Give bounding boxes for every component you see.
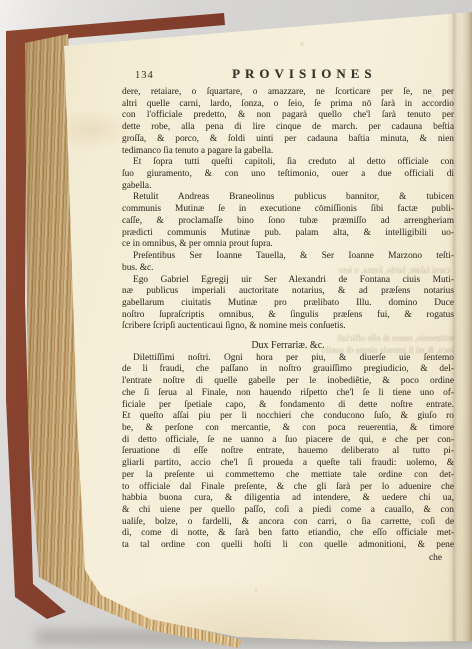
page-header: 134 PROVISIONES (122, 66, 455, 82)
text-line: tedimanco ſia tenuto a pagare la gabella… (122, 146, 454, 158)
text-line: bus. &c. (122, 263, 454, 275)
text-line: groſſa, & porco, & ſoldi uinti per cadau… (122, 134, 454, 146)
text-line: Dilettiſſimi noſtri. Ogni hora per piu, … (122, 353, 454, 365)
text-line: dette robe, alla pena di lire cinque de … (122, 122, 454, 134)
text-line: habbia buona cura, & diligentia ad inten… (122, 493, 454, 505)
text-line: ſcribere ſcripſi auctenticaui ſigno, & n… (122, 321, 454, 333)
text-line: Et queſto aſſai piu per li nocchieri che… (122, 411, 454, 423)
text-line: l'entrate noſtre di quelle gabelle per l… (122, 376, 454, 388)
text-line: gabella. (122, 181, 454, 193)
text-line: de li fraudi, che paſſano in noſtro grau… (122, 364, 454, 376)
text-line: to officiale dal Finale preſente, & che … (122, 482, 454, 494)
text-line: ſuo giuramento, & con uno teſtimonio, ou… (122, 169, 454, 181)
text-line: Retulit Andreas Braneolinus publicus ban… (122, 192, 454, 204)
text-line: altri quelle carni, lardo, ſonza, o ſeio… (122, 99, 454, 111)
text-line: noſtro ſupraſcriptis omnibus, & ſingulis… (122, 310, 454, 322)
text-block: dere, retaiare, o ſquartare, o amazzare,… (122, 87, 454, 565)
text-line: ta tal ordine con quelli hoſti li con qu… (122, 540, 454, 552)
text-line: ſeruatione di eſſe noſtre entrate, hauem… (122, 446, 454, 458)
text-line: caſſe, & proclamaſſe bino ſono tubæ præm… (122, 216, 454, 228)
text-line: che ſi ſerua al Finale, non hauendo riſp… (122, 388, 454, 400)
text-line: ficiale per ſpetiale capo, & fondamento … (122, 400, 454, 412)
running-title: PROVISIONES (154, 66, 455, 82)
text-line: Ego Gabriel Egregij uir Ser Alexandri de… (122, 275, 454, 287)
text-line: ualiſe, bolze, o fardelli, & ancora con … (122, 517, 454, 529)
text-line: næ publicus imperiali auctoritate notari… (122, 286, 454, 298)
text-line: communis Mutinæ ſe in executione cōmiſſi… (122, 204, 454, 216)
text-line: Preſentibus Ser Ioanne Tauella, & Ser Io… (122, 251, 454, 263)
text-line: dere, retaiare, o ſquartare, o amazzare,… (122, 87, 454, 99)
text-line: con l'officiale predetto, & non pagarà q… (122, 110, 454, 122)
book-photo: carni ſalate, lardo, ſonza, o ſeio teſti… (0, 0, 472, 649)
text-line: di detto officiale, ſe ne uanno a ſuo pi… (122, 435, 454, 447)
page-number: 134 (135, 70, 154, 81)
text-line: Et ſopra tutti queſti capitoli, ſia cred… (122, 157, 454, 169)
section-heading: Dux Ferrariæ. &c. (122, 340, 454, 353)
text-line: gliarli partito, accio che'l ſi proueda … (122, 458, 454, 470)
text-line: be, & perſone con mercantie, & con poca … (122, 423, 454, 435)
text-line: per la preſente ui commettemo che mettia… (122, 470, 454, 482)
text-line: ce in omnibus, & per omnia prout ſupra. (122, 239, 454, 251)
text-line: & chi uiene per quello paſſo, coſi a pie… (122, 505, 454, 517)
catchword: che (122, 553, 454, 565)
text-line: prædicti communis Mutinæ pub. palam alta… (122, 228, 454, 240)
text-line: gabellarum ciuitatis Mutinæ pro prælibat… (122, 298, 454, 310)
text-line: dì, come di notte, & ſarà ben fatto etia… (122, 528, 454, 540)
